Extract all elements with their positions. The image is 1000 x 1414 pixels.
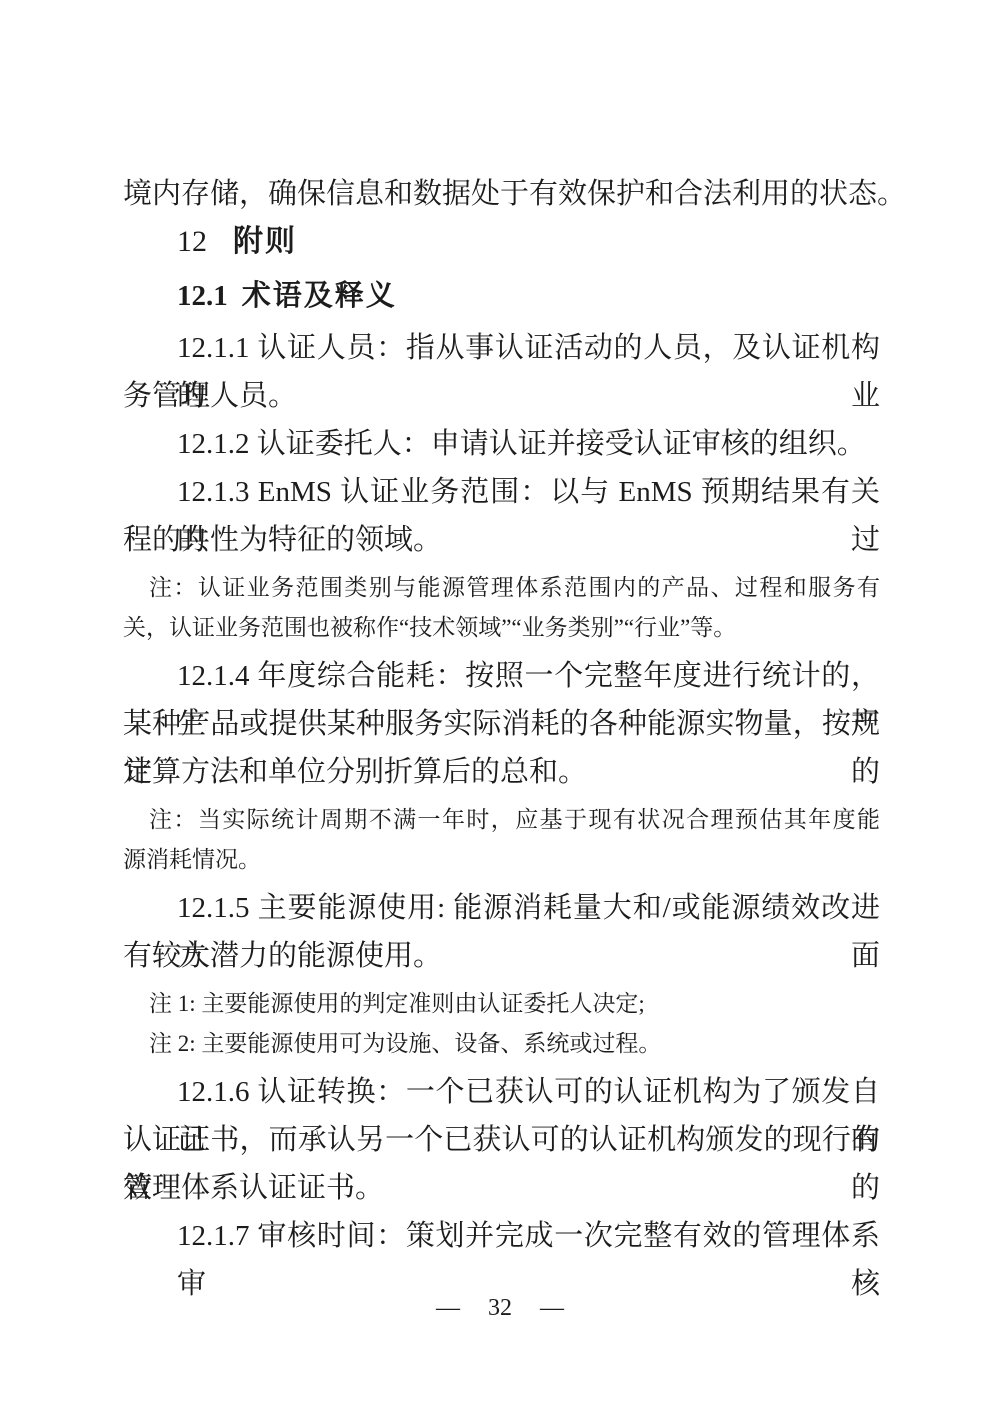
document-page: 境内存储，确保信息和数据处于有效保护和合法利用的状态。 12附则 12.1术语及… (0, 0, 1000, 1414)
doc-line: 12.1.5 主要能源使用: 能源消耗量大和/或能源绩效改进方面 (123, 884, 880, 932)
doc-line: 12.1.6 认证转换：一个已获认可的认证机构为了颁发自己的 (123, 1068, 880, 1116)
doc-line: 认证证书，而承认另一个已获认可的认证机构颁发的现行有效的 (123, 1116, 880, 1164)
section-number: 12 (177, 225, 207, 258)
section-heading-12: 12附则 (123, 218, 880, 266)
note-line: 关，认证业务范围也被称作“技术领域”“业务类别”“行业”等。 (123, 608, 880, 648)
note-line: 注：当实际统计周期不满一年时，应基于现有状况合理预估其年度能 (123, 800, 880, 840)
doc-line: 12.1.3 EnMS 认证业务范围：以与 EnMS 预期结果有关的过 (123, 468, 880, 516)
paragraph-continuation-line: 境内存储，确保信息和数据处于有效保护和合法利用的状态。 (123, 170, 880, 218)
section-title: 附则 (233, 225, 297, 258)
note-line: 注 1: 主要能源使用的判定准则由认证委托人决定; (123, 984, 880, 1024)
note-line: 注：认证业务范围类别与能源管理体系范围内的产品、过程和服务有 (123, 568, 880, 608)
doc-line: 12.1.4 年度综合能耗：按照一个完整年度进行统计的，生产 (123, 652, 880, 700)
doc-line: 某种产品或提供某种服务实际消耗的各种能源实物量，按规定的 (123, 700, 880, 748)
note-line: 源消耗情况。 (123, 840, 880, 880)
subsection-number: 12.1 (177, 280, 228, 312)
doc-line: 12.1.2 认证委托人：申请认证并接受认证审核的组织。 (123, 420, 880, 468)
doc-line: 12.1.1 认证人员：指从事认证活动的人员，及认证机构的业 (123, 324, 880, 372)
subsection-title: 术语及释义 (242, 280, 397, 312)
note-line: 注 2: 主要能源使用可为设施、设备、系统或过程。 (123, 1024, 880, 1064)
subsection-heading-12-1: 12.1术语及释义 (123, 272, 880, 320)
page-number: — 32 — (0, 1292, 1000, 1324)
doc-line: 12.1.7 审核时间：策划并完成一次完整有效的管理体系审核 (123, 1212, 880, 1260)
page-content: 境内存储，确保信息和数据处于有效保护和合法利用的状态。 12附则 12.1术语及… (123, 170, 880, 1260)
